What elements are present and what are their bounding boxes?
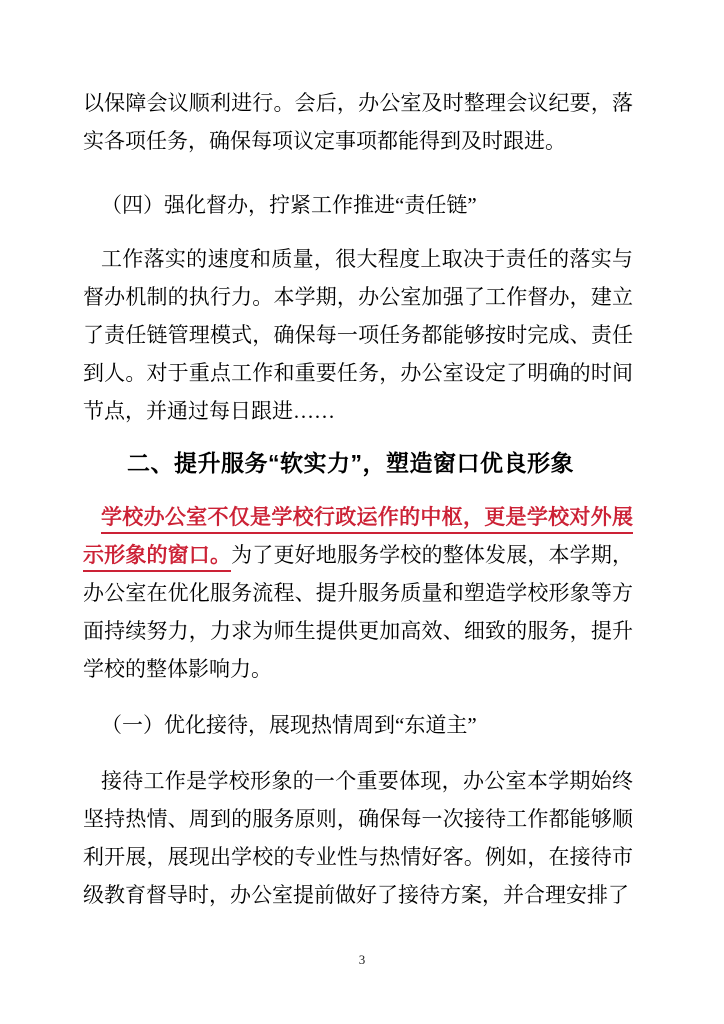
paragraph-service-image: 学校办公室不仅是学校行政运作的中枢，更是学校对外展示形象的窗口。为了更好地服务学… [83,498,633,688]
subheading-item-1: （一）优化接待，展现热情周到“东道主” [83,706,633,744]
document-page: 以保障会议顺利进行。会后，办公室及时整理会议纪要，落实各项任务，确保每项议定事项… [0,0,724,1024]
paragraph-reception: 接待工作是学校形象的一个重要体现，办公室本学期始终坚持热情、周到的服务原则，确保… [83,762,633,914]
paragraph-meeting-followup: 以保障会议顺利进行。会后，办公室及时整理会议纪要，落实各项任务，确保每项议定事项… [83,84,633,160]
page-content: 以保障会议顺利进行。会后，办公室及时整理会议纪要，落实各项任务，确保每项议定事项… [83,84,633,914]
page-number: 3 [0,952,724,968]
paragraph-supervision: 工作落实的速度和质量，很大程度上取决于责任的落实与督办机制的执行力。本学期，办公… [83,240,633,430]
section-heading-2: 二、提升服务“软实力”，塑造窗口优良形象 [83,444,633,482]
subheading-item-4: （四）强化督办，拧紧工作推进“责任链” [83,186,633,224]
